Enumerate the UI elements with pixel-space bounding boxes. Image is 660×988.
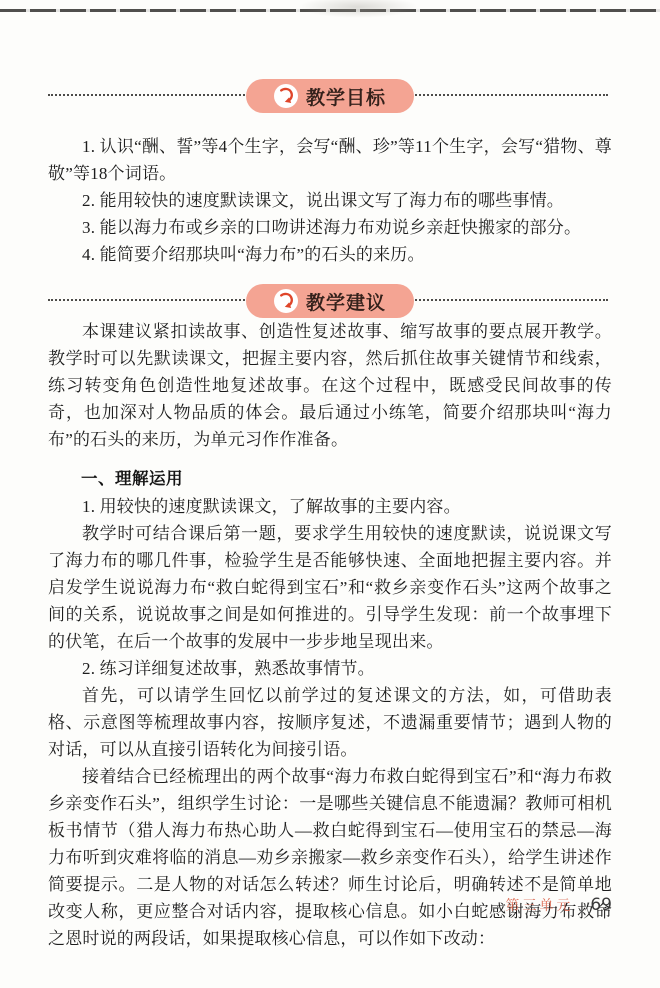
objectives-banner: 教学目标 bbox=[246, 79, 414, 113]
objectives-banner-label: 教学目标 bbox=[306, 83, 386, 110]
point-paragraph: 教学时可结合课后第一题，要求学生用较快的速度默读，说说课文写了海力布的哪几件事，… bbox=[48, 520, 612, 655]
suggestions-banner-label: 教学建议 bbox=[306, 288, 386, 315]
unit-label: 第三单元 bbox=[505, 895, 573, 915]
textbook-page: 教学目标 1. 认识“酬、誓”等4个生字，会写“酬、珍”等11个生字，会写“猎物… bbox=[0, 0, 660, 988]
scan-smudge bbox=[298, 0, 418, 18]
objectives-list: 1. 认识“酬、誓”等4个生字，会写“酬、珍”等11个生字，会写“猎物、尊敬”等… bbox=[48, 133, 612, 268]
objective-item: 2. 能用较快的速度默读课文，说出课文写了海力布的哪些事情。 bbox=[48, 187, 612, 214]
page-number: 69 bbox=[590, 895, 612, 915]
objective-item: 3. 能以海力布或乡亲的口吻讲述海力布劝说乡亲赶快搬家的部分。 bbox=[48, 214, 612, 241]
point-paragraph: 接着结合已经梳理出的两个故事“海力布救白蛇得到宝石”和“海力布救乡亲变作石头”，… bbox=[48, 763, 612, 952]
objectives-banner-row: 教学目标 bbox=[0, 79, 660, 113]
curved-arrow-icon bbox=[274, 84, 298, 108]
suggestions-banner-row: 教学建议 bbox=[0, 284, 660, 318]
page-footer: 第三单元 69 bbox=[505, 895, 612, 915]
objective-item: 4. 能简要介绍那块叫“海力布”的石头的来历。 bbox=[48, 241, 612, 268]
point-paragraph: 首先，可以请学生回忆以前学过的复述课文的方法，如，可借助表格、示意图等梳理故事内… bbox=[48, 682, 612, 763]
point-title: 2. 练习详细复述故事，熟悉故事情节。 bbox=[48, 655, 612, 682]
section-heading: 一、理解运用 bbox=[48, 466, 612, 493]
objective-item: 1. 认识“酬、誓”等4个生字，会写“酬、珍”等11个生字，会写“猎物、尊敬”等… bbox=[48, 133, 612, 187]
suggestions-banner: 教学建议 bbox=[246, 284, 414, 318]
point-title: 1. 用较快的速度默读课文，了解故事的主要内容。 bbox=[48, 493, 612, 520]
curved-arrow-icon bbox=[274, 289, 298, 313]
page-content: 1. 认识“酬、誓”等4个生字，会写“酬、珍”等11个生字，会写“猎物、尊敬”等… bbox=[48, 133, 612, 268]
suggestions-intro-paragraph: 本课建议紧扣读故事、创造性复述故事、缩写故事的要点展开教学。教学时可以先默读课文… bbox=[48, 318, 612, 453]
suggestions-content: 本课建议紧扣读故事、创造性复述故事、缩写故事的要点展开教学。教学时可以先默读课文… bbox=[48, 318, 612, 952]
